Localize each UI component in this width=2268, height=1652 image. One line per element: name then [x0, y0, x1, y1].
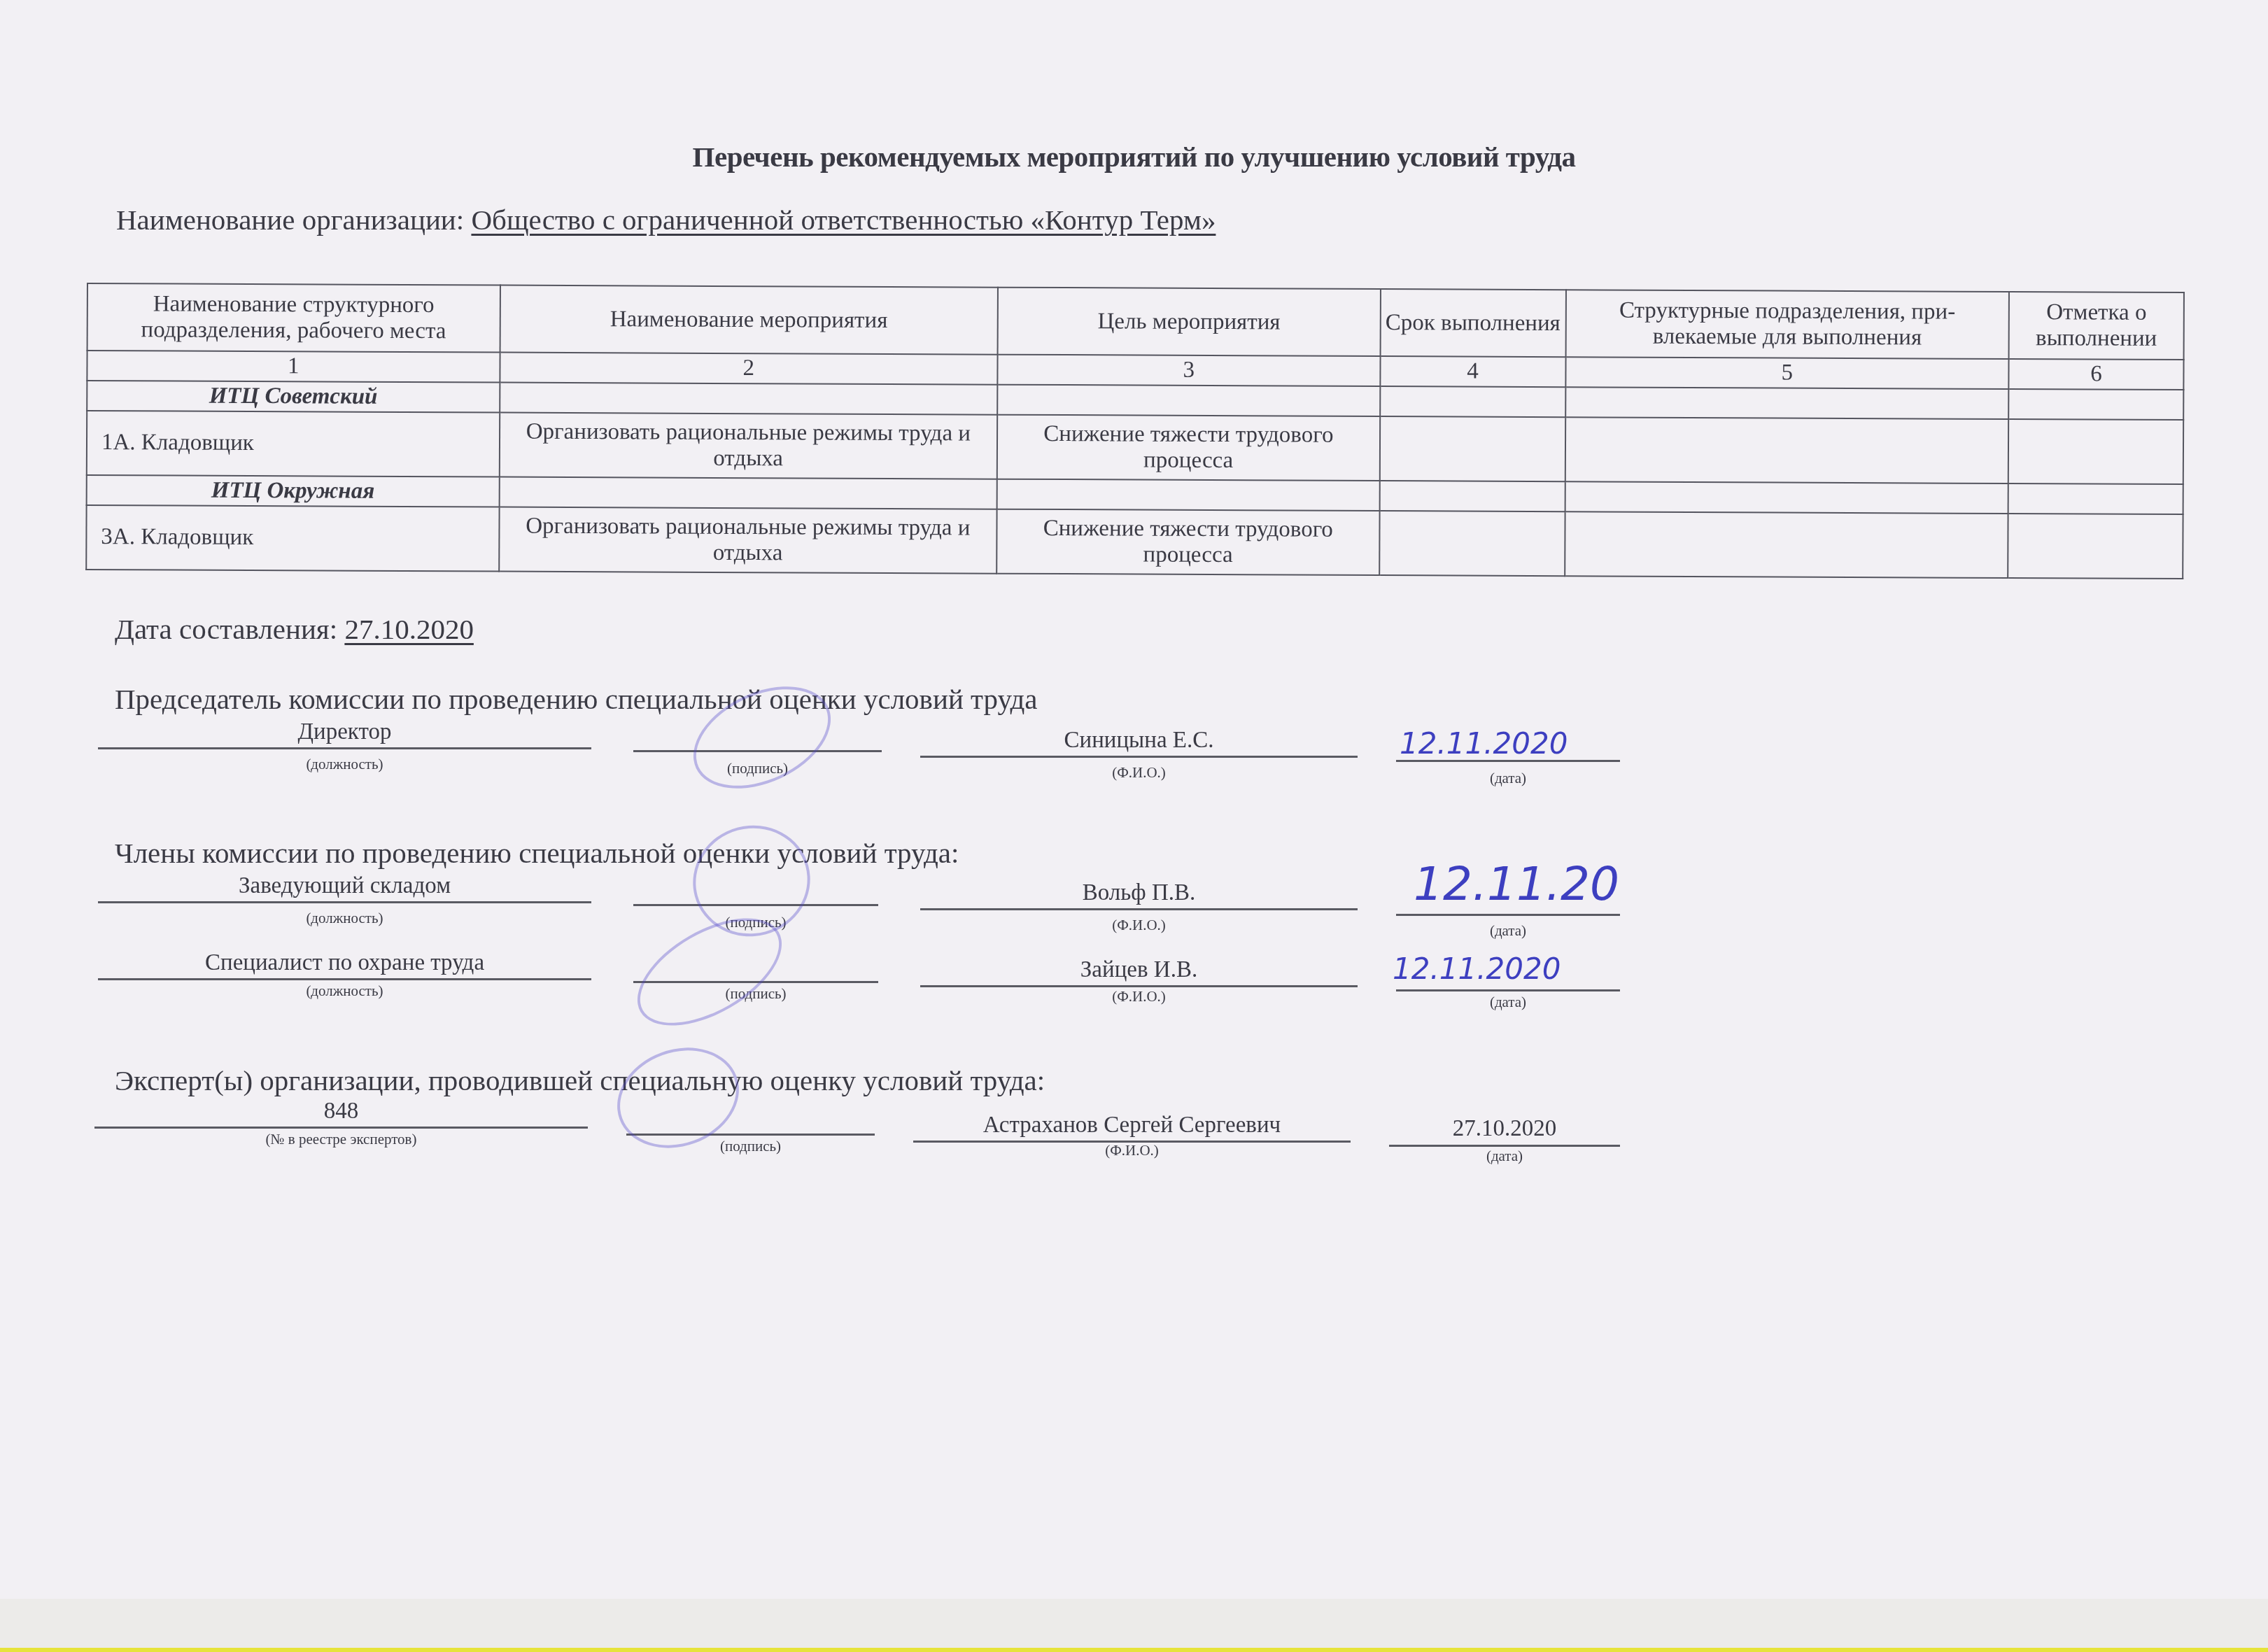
table-cell [997, 385, 1380, 416]
chairman-name: Синицына Е.С. [920, 728, 1358, 754]
table-cell [1379, 481, 1565, 511]
table-cell [1565, 481, 2008, 514]
table-cell [499, 476, 997, 509]
completion-cell [2008, 419, 2183, 484]
member-position: Специалист по охране труда [98, 950, 591, 976]
table-cell [1565, 387, 2009, 419]
workplace-cell: 1А. Кладовщик [87, 411, 500, 477]
expert-name: Астраханов Сергей Сергеевич [913, 1113, 1351, 1138]
position-caption: (должность) [98, 910, 591, 927]
compiled-date-label: Дата составления: [115, 613, 344, 645]
header-cell: Наименование структурного подразделения,… [87, 283, 500, 353]
header-cell: Структурные подразделения, при-влекаемые… [1565, 290, 2009, 359]
header-cell: Срок выполнения [1380, 289, 1565, 357]
table-cell [997, 479, 1380, 511]
member-name: Вольф П.В. [920, 880, 1358, 906]
compiled-date-line: Дата составления: 27.10.2020 [115, 612, 478, 646]
table-cell [2008, 389, 2183, 420]
table-row: 3А. Кладовщик Организовать рациональные … [86, 505, 2183, 579]
date-line [1396, 989, 1620, 991]
member-handwritten-date: 12.11.2020 [1393, 952, 1561, 986]
expert-heading: Эксперт(ы) организации, проводившей спец… [115, 1064, 1045, 1097]
date-line [1396, 914, 1620, 916]
completion-cell [2008, 514, 2183, 579]
header-cell: Наименование мероприятия [500, 285, 998, 355]
expert-registry-number: 848 [94, 1099, 588, 1124]
scanner-bed-strip [0, 1599, 2268, 1648]
position-caption: (должность) [98, 756, 591, 773]
measure-cell: Организовать рациональные режимы труда и… [499, 507, 997, 573]
measures-table: Наименование структурного подразделения,… [85, 283, 2185, 579]
organization-line: Наименование организации: Общество с огр… [116, 203, 1237, 236]
header-cell: Отметка о выполнении [2009, 292, 2184, 360]
fio-line [920, 756, 1358, 758]
document-page [0, 0, 2268, 1599]
chairman-heading: Председатель комиссии по проведению спец… [115, 682, 1037, 716]
column-number: 6 [2008, 359, 2183, 390]
deadline-cell [1379, 416, 1565, 481]
column-number: 1 [87, 351, 500, 383]
goal-cell: Снижение тяжести трудового процесса [996, 509, 1379, 575]
fio-line [920, 908, 1358, 910]
date-caption: (дата) [1396, 922, 1620, 940]
workplace-cell: 3А. Кладовщик [86, 505, 499, 572]
fio-caption: (Ф.И.О.) [920, 917, 1358, 934]
compiled-date-value: 27.10.2020 [344, 613, 478, 645]
position-line [98, 978, 591, 980]
date-caption: (дата) [1396, 770, 1620, 787]
chairman-position: Директор [98, 719, 591, 745]
registry-line [94, 1127, 588, 1129]
date-caption: (дата) [1396, 994, 1620, 1011]
fio-caption: (Ф.И.О.) [920, 764, 1358, 782]
column-number: 5 [1565, 357, 2009, 389]
position-line [98, 747, 591, 749]
column-number: 3 [997, 355, 1380, 386]
measure-cell: Организовать рациональные режимы труда и… [499, 412, 997, 479]
header-cell: Цель мероприятия [998, 288, 1381, 356]
group-cell: ИТЦ Окружная [87, 475, 500, 507]
organization-name: Общество с ограниченной ответственностью… [471, 204, 1237, 236]
date-line [1389, 1145, 1620, 1147]
document-title: Перечень рекомендуемых мероприятий по ул… [0, 140, 2268, 174]
table-cell [1380, 386, 1565, 417]
table-cell [500, 383, 998, 415]
column-number: 2 [500, 353, 998, 385]
chairman-handwritten-date: 12.11.2020 [1400, 726, 1568, 761]
table-row: 1А. Кладовщик Организовать рациональные … [87, 411, 2183, 484]
column-number: 4 [1380, 356, 1565, 387]
member-handwritten-date: 12.11.20 [1414, 857, 1619, 911]
departments-cell [1565, 417, 2008, 483]
members-heading: Члены комиссии по проведению специальной… [115, 836, 959, 870]
member-position: Заведующий складом [98, 873, 591, 899]
fio-caption: (Ф.И.О.) [920, 988, 1358, 1005]
fio-caption: (Ф.И.О.) [913, 1142, 1351, 1159]
goal-cell: Снижение тяжести трудового процесса [997, 415, 1380, 481]
table-header-row: Наименование структурного подразделения,… [87, 283, 2184, 360]
position-caption: (должность) [98, 982, 591, 1000]
date-line [1396, 760, 1620, 762]
departments-cell [1565, 511, 2008, 578]
organization-label: Наименование организации: [116, 204, 471, 236]
scanner-edge [0, 1648, 2268, 1652]
fio-line [920, 985, 1358, 987]
date-caption: (дата) [1389, 1148, 1620, 1165]
expert-date: 27.10.2020 [1389, 1116, 1620, 1142]
registry-caption: (№ в реестре экспертов) [94, 1131, 588, 1148]
member-name: Зайцев И.В. [920, 957, 1358, 983]
deadline-cell [1379, 511, 1565, 576]
table-cell [2008, 483, 2183, 514]
group-cell: ИТЦ Советский [87, 381, 500, 413]
position-line [98, 901, 591, 903]
